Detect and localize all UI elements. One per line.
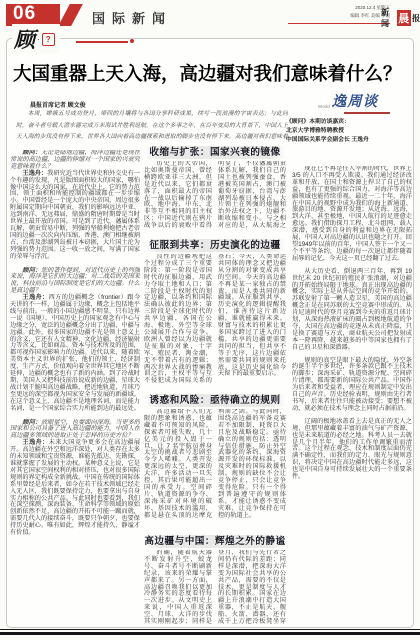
- section-text: 良性的边疆观把这个过程分成了三个重要阶段：第一阶段是帝国时代的征服边疆，用武力夺…: [144, 254, 286, 385]
- section-text: 历史上的大帝国，比如奥斯曼帝国，曾经横跨欧亚非三大洲，但是近代以来，它们都衰落了…: [144, 161, 286, 233]
- answer-text: 我研究近当代世界史和外交史有一个有趣的发现，凡是版图面积较大的国家，哪怕像中国这…: [10, 170, 140, 260]
- masthead-suffix: 报: [412, 13, 420, 24]
- staff-credits: 编辑 李红 美编 李媛: [288, 12, 390, 20]
- bottom-thin-rule: [0, 629, 420, 630]
- masthead-prefix: 新闻: [381, 7, 396, 29]
- main-headline: 大国重器上天入海，高边疆对我们意味着什么？: [13, 60, 407, 88]
- section-body: 的确，随着航天器不断发射升空，蛟龙号、奋斗者号不断刷新纪录，该来的荣耀与掌声都来…: [144, 550, 286, 628]
- intro-paragraph: 本周，嫦娥五号成功登月，带回的月壤将与各国分享科研成果，续写一段浪漫的宇宙表达；…: [16, 109, 288, 144]
- section-text: 高边疆给予人们无限的想象和诱惑，也蕴藏着不可预知的风险。探索者可能失败，几十亿美…: [144, 409, 286, 520]
- newspaper-masthead: 新闻 晨 报: [381, 7, 420, 29]
- section-text: 的确，随着航天器不断发射升空，蛟龙号、奋斗者号不断刷新纪录，该来的荣耀与掌声都来…: [144, 550, 286, 628]
- section-conquer-share: 征服到共享：历史演化的边疆 良性的边疆观把这个过程分成了三个重要阶段：第一阶段是…: [144, 239, 286, 388]
- masthead-boxed-char: 晨: [397, 10, 412, 26]
- section-body: 历史上的大帝国，比如奥斯曼帝国，曾经横跨欧亚非三大洲，但是近代以来，它们都衰落了…: [144, 161, 286, 233]
- date-editor-block: 2020.12.4 星期五 编辑 李红 美编 李媛: [288, 4, 390, 20]
- guest-name-line: 中国国际关系学会副会长 王逸舟: [286, 136, 410, 145]
- bottom-thick-rule: [0, 632, 420, 635]
- column-mark-dot: ·: [37, 35, 40, 44]
- logo-subtitle: World: [318, 104, 330, 111]
- middle-sections: 收缩与扩张：国家兴衰的镜像 历史上的大帝国，比如奥斯曼帝国，曾经横跨欧亚非三大洲…: [144, 146, 286, 634]
- red-slash-decoration: [58, 4, 83, 26]
- section-heading: 高边疆与中国：辉煌之外的静谧: [144, 535, 286, 548]
- logo-underline: [344, 112, 390, 114]
- section-heading: 收缩与扩张：国家兴衰的镜像: [144, 146, 286, 159]
- section-heading: 征服到共享：历史演化的边疆: [144, 239, 286, 252]
- section-body: 良性的边疆观把这个过程分成了三个重要阶段：第一阶段是帝国时代的征服边疆，用武力夺…: [144, 254, 286, 388]
- answer-paragraph: 王逸舟：未来大国竞争更多会在高边疆展开。高边疆在外空和远洋深处，对人类存在太多的…: [10, 440, 140, 537]
- right-text-column: 现在已不再是任人宰割的时代，世界上 3/5 的人口不再受人欺凌。我们通过经济改革…: [292, 166, 412, 624]
- question-paragraph: 顾问：您的著作提到，对近代历史上的列强来说，海洋是它们的大边疆；对二战后的美国来…: [10, 268, 140, 296]
- right-paragraph: 从大历史看，倒退两三百年，再到 19 世纪末 20 世纪初的殖民扩张浪潮，对边疆…: [292, 269, 412, 352]
- page-number: 06: [13, 3, 36, 25]
- section-shrink-expand: 收缩与扩张：国家兴衰的镜像 历史上的大帝国，比如奥斯曼帝国，曾经横跨欧亚非三大洲…: [144, 146, 286, 233]
- section-china-frontier: 高边疆与中国：辉煌之外的静谧 的确，随着航天器不断发射升空，蛟龙号、奋斗者号不断…: [144, 535, 286, 628]
- question-paragraph: 顾问：无论是陆地边疆、海洋边疆还是现在常说的高边疆，边疆的伸缩对一个国家的兴衰究…: [10, 150, 140, 171]
- right-paragraph: 辽阔的极地冰盖看上去是真正的无人之境，但那里蕴藏着丰富的油气与矿产资源，也是未来…: [292, 419, 412, 481]
- logo-title: 逸周谈: [332, 90, 379, 111]
- question-mark-badge: ?: [42, 33, 55, 46]
- mark-accent-dot: [130, 39, 134, 43]
- column-logo: World 逸周谈: [286, 90, 410, 111]
- left-qa-column: 顾问：无论是陆地边疆、海洋边疆还是现在常说的高边疆，边疆的伸缩对一个国家的兴衰究…: [10, 150, 140, 624]
- right-paragraph: 规则的真空是眼下最大的隐忧。外空条约诞生半个多世纪，许多条款已跟不上技术的脚步；…: [292, 358, 412, 413]
- answer-paragraph: 王逸舟：我研究近当代世界史和外交史有一个有趣的发现，凡是版图面积较大的国家，哪怕…: [10, 171, 140, 261]
- guest-block: World 逸周谈 《顾问》本期访谈嘉宾： 北京大学博雅特聘教授 中国国际关系学…: [286, 90, 410, 145]
- right-paragraph: 现在已不再是任人宰割的时代，世界上 3/5 的人口不再受人欺凌。我们通过经济改革…: [292, 166, 412, 263]
- guest-title-line: 北京大学博雅特聘教授: [286, 127, 410, 136]
- column-calligraphy-mark: 顾 · ?: [12, 24, 60, 54]
- section-title: 国际新闻: [92, 8, 172, 27]
- column-mark-character: 顾: [14, 24, 35, 54]
- date-underline: [288, 23, 390, 24]
- byline: 晨报首席记者 顾文俊: [30, 100, 86, 109]
- answer-paragraph: 王逸舟：西方的边疆概念（frontier）跟今天讲的不一样，边疆属于边缘，概念上…: [10, 295, 140, 412]
- section-heading: 诱惑和风险：亟待确立的规则: [144, 394, 286, 407]
- mark-accent-line: [76, 41, 128, 43]
- section-temptation-risk: 诱惑和风险：亟待确立的规则 高边疆给予人们无限的想象和诱惑，也蕴藏着不可预知的风…: [144, 394, 286, 529]
- answer-text: 西方的边疆概念（frontier）跟今天讲的不一样，边疆属于边缘，概念上包括地平…: [10, 294, 140, 412]
- guest-intro-line: 《顾问》本期访谈嘉宾：: [286, 118, 410, 127]
- question-paragraph: 顾问：放眼星空，也要面向深海。当更多的国家和公司具备了进入高边疆的能力，中国人在…: [10, 420, 140, 441]
- section-body: 高边疆给予人们无限的想象和诱惑，也蕴藏着不可预知的风险。探索者可能失败，几十亿美…: [144, 409, 286, 529]
- answer-text: 未来大国竞争更多会在高边疆展开。高边疆在外空和远洋深处，对人类存在太多的未知领域…: [10, 439, 140, 536]
- issue-date: 2020.12.4 星期五: [288, 4, 390, 12]
